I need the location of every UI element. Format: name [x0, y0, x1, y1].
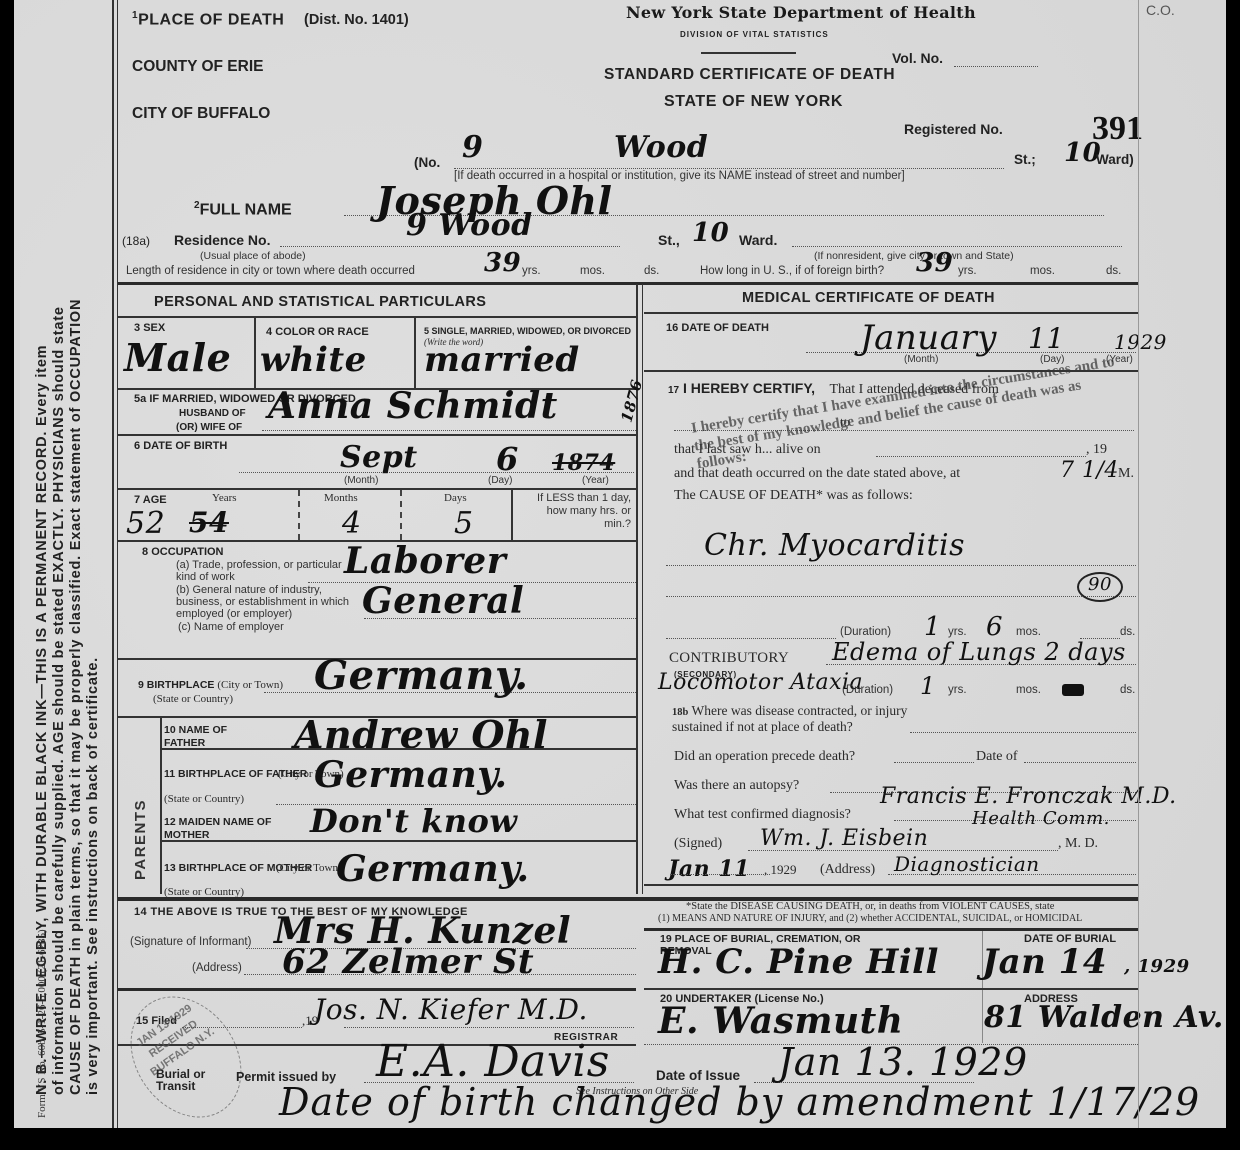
- sign-date-value: Jan 11: [668, 856, 750, 882]
- where-contracted-line: [910, 732, 1136, 733]
- footnote-line-2: (1) MEANS AND NATURE OF INJURY, and (2) …: [658, 913, 1082, 924]
- cause-of-death-value: Chr. Myocarditis: [704, 528, 965, 563]
- age-years-struck: 54: [189, 506, 229, 539]
- residence-ward-label: Ward.: [739, 232, 777, 248]
- spouse-value: Anna Schmidt: [268, 385, 558, 427]
- field-number: 9: [138, 679, 144, 691]
- parents-label: PARENTS: [132, 799, 149, 880]
- autopsy-label: Was there an autopsy?: [674, 778, 799, 794]
- nonresident-line: [792, 246, 1122, 247]
- ds-label: ds.: [644, 265, 659, 277]
- time-in-us-label: How long in U. S., if of foreign birth?: [700, 265, 884, 277]
- contributory-duration-years: 1: [920, 672, 936, 700]
- rule: [118, 988, 636, 991]
- test-confirmed-label: What test confirmed diagnosis?: [674, 807, 851, 823]
- registrar-line: [344, 1027, 634, 1028]
- sex-label: SEX: [143, 322, 165, 334]
- corner-mark: C.O.: [1146, 2, 1175, 18]
- cause-line-1: [666, 565, 1136, 566]
- where-contracted-label: Where was disease contracted, or injury: [691, 703, 907, 718]
- birth-month-value: Sept: [340, 440, 418, 475]
- cause-code: 90: [1088, 574, 1112, 595]
- yrs-label: yrs.: [948, 626, 967, 638]
- residence-label: Residence No.: [174, 232, 270, 248]
- county: COUNTY OF ERIE: [132, 58, 263, 76]
- side-note-line-2: of information should be carefully suppl…: [51, 15, 68, 1095]
- duration-label: (Duration): [840, 626, 891, 638]
- field-number: 14: [134, 906, 147, 918]
- length-of-residence-years: 39: [484, 248, 521, 278]
- parents-divider: [160, 716, 162, 894]
- certify-heading: I HEREBY CERTIFY,: [683, 380, 815, 396]
- field-number: 12: [164, 816, 176, 828]
- date-of-issue-value: Jan 13. 1929: [778, 1040, 1028, 1084]
- street-no-value: 9: [462, 130, 483, 165]
- cell-divider: [400, 490, 402, 540]
- age-label: AGE: [143, 494, 167, 506]
- header-divider: [118, 282, 1138, 285]
- field-number: 18b: [672, 707, 688, 718]
- informant-signature-label: (Signature of Informant): [130, 936, 251, 948]
- certificate-title: STANDARD CERTIFICATE OF DEATH: [604, 66, 895, 84]
- years-label: Years: [212, 492, 237, 504]
- field-number: 8: [142, 546, 148, 558]
- occupation-b-value: General: [362, 580, 524, 622]
- rule: [118, 434, 636, 436]
- department-name: New York State Department of Health: [626, 3, 976, 22]
- rule: [162, 748, 636, 750]
- contributory-value-1: Edema of Lungs 2 days: [832, 638, 1126, 666]
- sign-date-year: , 1929: [764, 862, 797, 878]
- husband-of-label: HUSBAND OF: [179, 408, 246, 419]
- cell-divider: [414, 318, 416, 388]
- md-suffix: , M. D.: [1058, 836, 1098, 852]
- months-label: Months: [324, 492, 358, 504]
- test-overwrite-signature: Francis E. Fronczak M.D.: [880, 784, 1177, 809]
- operation-line: [894, 762, 974, 763]
- undertaker-line: [644, 1044, 1138, 1045]
- less-than-day-note: If LESS than 1 day, how many hrs. or min…: [519, 492, 631, 531]
- rule: [118, 488, 636, 490]
- cell-divider: [254, 318, 256, 388]
- physician-signature: Wm. J. Eisbein: [760, 826, 928, 851]
- city: CITY OF BUFFALO: [132, 105, 270, 123]
- ds-label: ds.: [1106, 265, 1121, 277]
- marital-label: SINGLE, MARRIED, WIDOWED, OR DIVORCED: [432, 326, 632, 336]
- field-number: 4: [266, 326, 272, 338]
- yrs-label: yrs.: [522, 265, 541, 277]
- wife-of-label: (OR) WIFE OF: [176, 422, 242, 433]
- medical-section-title: MEDICAL CERTIFICATE OF DEATH: [742, 290, 995, 306]
- occupation-label: OCCUPATION: [151, 546, 223, 558]
- footnote-line-1: *State the DISEASE CAUSING DEATH, or, in…: [686, 901, 1054, 912]
- signed-label: (Signed): [674, 836, 722, 852]
- mother-birthplace-sub1: (City or Town): [276, 862, 342, 874]
- contributory-value-2: Locomotor Ataxia: [658, 670, 863, 695]
- rule: [644, 884, 1138, 886]
- full-name-label: FULL NAME: [200, 201, 292, 218]
- vol-no-label: Vol. No.: [892, 50, 943, 66]
- where-contracted-label-2: sustained if not at place of death?: [672, 719, 853, 735]
- mos-label: mos.: [1030, 265, 1055, 277]
- column-divider: [636, 284, 638, 894]
- cell-divider: [511, 490, 513, 540]
- field-number: 6: [134, 440, 140, 452]
- certify-line-5: The CAUSE OF DEATH* was as follows:: [674, 488, 913, 504]
- last-seen-line: [876, 456, 1086, 457]
- field-number: 13: [164, 862, 176, 874]
- mos-label: mos.: [1016, 626, 1041, 638]
- field-number: 10: [164, 724, 176, 736]
- occupation-a-label: (a) Trade, profession, or particular kin…: [176, 559, 356, 583]
- ward-label: Ward): [1096, 152, 1134, 167]
- column-divider-inner: [642, 284, 643, 894]
- death-day-value: 11: [1028, 322, 1065, 355]
- sex-value: Male: [124, 335, 231, 380]
- length-of-residence-label: Length of residence in city or town wher…: [126, 265, 415, 277]
- mother-name-label: MAIDEN NAME OF MOTHER: [164, 816, 271, 841]
- contributory-label: CONTRIBUTORY: [669, 650, 789, 667]
- day-label: (Day): [488, 475, 512, 486]
- street-no-label: (No.: [414, 155, 440, 170]
- field-number: 5: [424, 326, 429, 336]
- spouse-line: [262, 430, 636, 431]
- birthplace-label: BIRTHPLACE: [147, 679, 215, 691]
- date-of-death-label: DATE OF DEATH: [681, 322, 769, 334]
- father-birthplace-value: Germany.: [314, 754, 508, 796]
- district-number: (Dist. No. 1401): [304, 12, 409, 28]
- mother-name-value: Don't know: [310, 802, 517, 840]
- race-value: white: [260, 340, 367, 380]
- operation-date-line: [1024, 762, 1136, 763]
- birthplace-sub1: (City or Town): [217, 679, 283, 691]
- side-note-line-4: is very important. See instructions on b…: [85, 15, 102, 1095]
- rule: [644, 928, 1138, 931]
- field-number: 5a: [134, 393, 146, 405]
- month-label: (Month): [344, 475, 378, 486]
- cause-duration-line: [666, 638, 836, 639]
- informant-address-value: 62 Zelmer St: [282, 942, 534, 982]
- street-line: [454, 168, 1004, 169]
- field-number: 16: [666, 322, 678, 334]
- time-in-us-years: 39: [916, 248, 953, 278]
- division-name: DIVISION OF VITAL STATISTICS: [680, 30, 829, 39]
- vol-no-field: [954, 66, 1038, 67]
- occupation-a-value: Laborer: [344, 540, 506, 582]
- state-title: STATE OF NEW YORK: [664, 93, 843, 111]
- duration-label: (Duration): [842, 684, 893, 696]
- age-months-value: 4: [342, 506, 362, 541]
- burial-date-value: Jan 14: [982, 942, 1107, 982]
- father-birthplace-sub2: (State or Country): [164, 793, 244, 805]
- month-label: (Month): [904, 354, 938, 365]
- informant-address-label: (Address): [192, 962, 242, 974]
- death-certificate: N. B.—WRITE LEGIBLY, WITH DURABLE BLACK …: [14, 0, 1226, 1128]
- marital-value: married: [424, 340, 580, 380]
- time-of-death-value: 7 1/4: [1060, 458, 1119, 483]
- mos-label: mos.: [580, 265, 605, 277]
- left-border: [112, 0, 114, 1128]
- age-days-value: 5: [454, 506, 474, 541]
- residence-line: [280, 246, 620, 247]
- nonresident-note: (If nonresident, give city or town and S…: [814, 250, 1014, 262]
- operation-label: Did an operation precede death?: [674, 749, 855, 765]
- burial-date-year: , 1929: [1124, 956, 1190, 977]
- residence-ward-value: 10: [692, 218, 729, 248]
- certify-year-prefix: , 19: [1086, 442, 1107, 458]
- received-stamp: JAN 13 1929 RECEIVED BUFFALO N.Y.: [108, 975, 264, 1139]
- birth-date-label: DATE OF BIRTH: [143, 440, 227, 452]
- year-label: (Year): [582, 475, 609, 486]
- age-years-value: 52: [126, 506, 165, 541]
- birthplace-sub2: (State or Country): [153, 693, 233, 705]
- left-border-inner: [117, 0, 118, 1128]
- place-of-death-label: PLACE OF DEATH: [138, 11, 284, 28]
- residence-field-number: (18a): [122, 234, 150, 248]
- yrs-label: yrs.: [958, 265, 977, 277]
- right-border: [1138, 0, 1139, 1128]
- physician-address-value: Diagnostician: [894, 852, 1040, 876]
- occupation-b-label: (b) General nature of industry, business…: [176, 584, 356, 620]
- st-label: St.;: [1014, 152, 1036, 167]
- rule: [118, 316, 636, 318]
- mother-birthplace-value: Germany.: [336, 848, 530, 890]
- cell-divider: [298, 490, 300, 540]
- residence-sublabel: (Usual place of abode): [200, 250, 306, 262]
- death-month-value: January: [860, 318, 997, 358]
- ds-label: ds.: [1120, 684, 1135, 696]
- undertaker-value: E. Wasmuth: [658, 1000, 903, 1042]
- occupation-c-label: (c) Name of employer: [178, 621, 284, 633]
- amendment-note: Date of birth changed by amendment 1/17/…: [279, 1080, 1200, 1124]
- yrs-label: yrs.: [948, 684, 967, 696]
- field-number: 11: [164, 768, 175, 780]
- sign-date-line: [670, 874, 770, 875]
- header-rule: [701, 52, 796, 54]
- field-number: 3: [134, 322, 140, 334]
- registered-no-label: Registered No.: [904, 121, 1003, 137]
- cause-line-2: [666, 596, 1136, 597]
- field-number: 17: [668, 385, 679, 396]
- days-label: Days: [444, 492, 467, 504]
- death-year-value: 1929: [1114, 330, 1167, 354]
- form-number: Form VS No. 60b. 5-1-26-5,000 (21-6285): [36, 929, 48, 1118]
- mos-label: mos.: [1016, 684, 1041, 696]
- undertaker-address-value: 81 Walden Av.: [984, 1000, 1224, 1035]
- side-note-line-3: CAUSE OF DEATH in plain terms, so that i…: [68, 15, 85, 1095]
- registrar-signature: Jos. N. Kiefer M.D.: [314, 993, 588, 1026]
- ink-blot: [1062, 684, 1084, 696]
- father-name-value: Andrew Ohl: [294, 712, 548, 757]
- residence-st-label: St.,: [658, 232, 680, 248]
- rule: [644, 312, 1138, 314]
- rule: [644, 988, 1138, 990]
- birth-day-value: 6: [496, 440, 519, 478]
- operation-date-label: Date of: [976, 749, 1018, 765]
- personal-section-title: PERSONAL AND STATISTICAL PARTICULARS: [154, 294, 486, 310]
- rule: [162, 840, 636, 842]
- street-name-value: Wood: [614, 130, 708, 165]
- birth-year-value: 1874: [552, 450, 615, 476]
- transit-label: Transit: [156, 1080, 205, 1092]
- scan-border-bottom: [0, 1128, 1240, 1150]
- physician-address-label: (Address): [820, 862, 875, 878]
- birthplace-value: Germany.: [314, 652, 529, 699]
- field-number: 7: [134, 494, 140, 506]
- ds-label: ds.: [1120, 626, 1135, 638]
- burial-place-value: H. C. Pine Hill: [658, 942, 939, 982]
- residence-value: 9 Wood: [406, 208, 533, 243]
- time-suffix: M.: [1118, 466, 1134, 482]
- race-label: COLOR OR RACE: [275, 326, 369, 338]
- test-overwrite-title: Health Comm.: [972, 808, 1110, 829]
